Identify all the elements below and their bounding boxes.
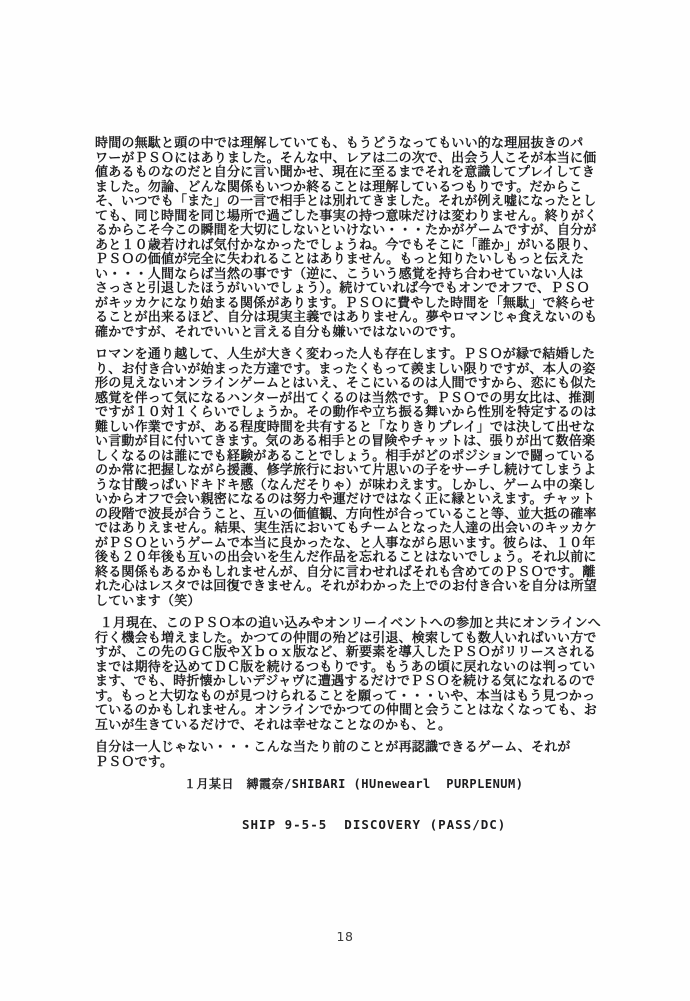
paragraph-2: ロマンを通り越して、人生が大きく変わった人も存在します。ＰＳＯが縁で結婚した り… (95, 348, 637, 609)
paragraph-4: 自分は一人じゃない・・・こんな当たり前のことが再認識できるゲーム、それが ＰＳＯ… (95, 741, 637, 770)
page-number: 18 (0, 929, 690, 944)
ship-info: SHIP 9-5-5 DISCOVERY (PASS/DC) (242, 817, 506, 832)
paragraph-1: 時間の無駄と頭の中では理解していても、もうどうなってもいい的な理屈抜きのパ ワー… (95, 137, 637, 340)
author-signature: １月某日 縛霞奈/SHIBARI (HUnewearl PURPLENUM) (184, 775, 523, 792)
paragraph-3: １月現在、このＰＳＯ本の追い込みやオンリーイベントへの参加と共にオンラインへ 行… (95, 617, 637, 733)
body-text: 時間の無駄と頭の中では理解していても、もうどうなってもいい的な理屈抜きのパ ワー… (95, 137, 637, 778)
scanned-document-page: 時間の無駄と頭の中では理解していても、もうどうなってもいい的な理屈抜きのパ ワー… (0, 0, 690, 1001)
